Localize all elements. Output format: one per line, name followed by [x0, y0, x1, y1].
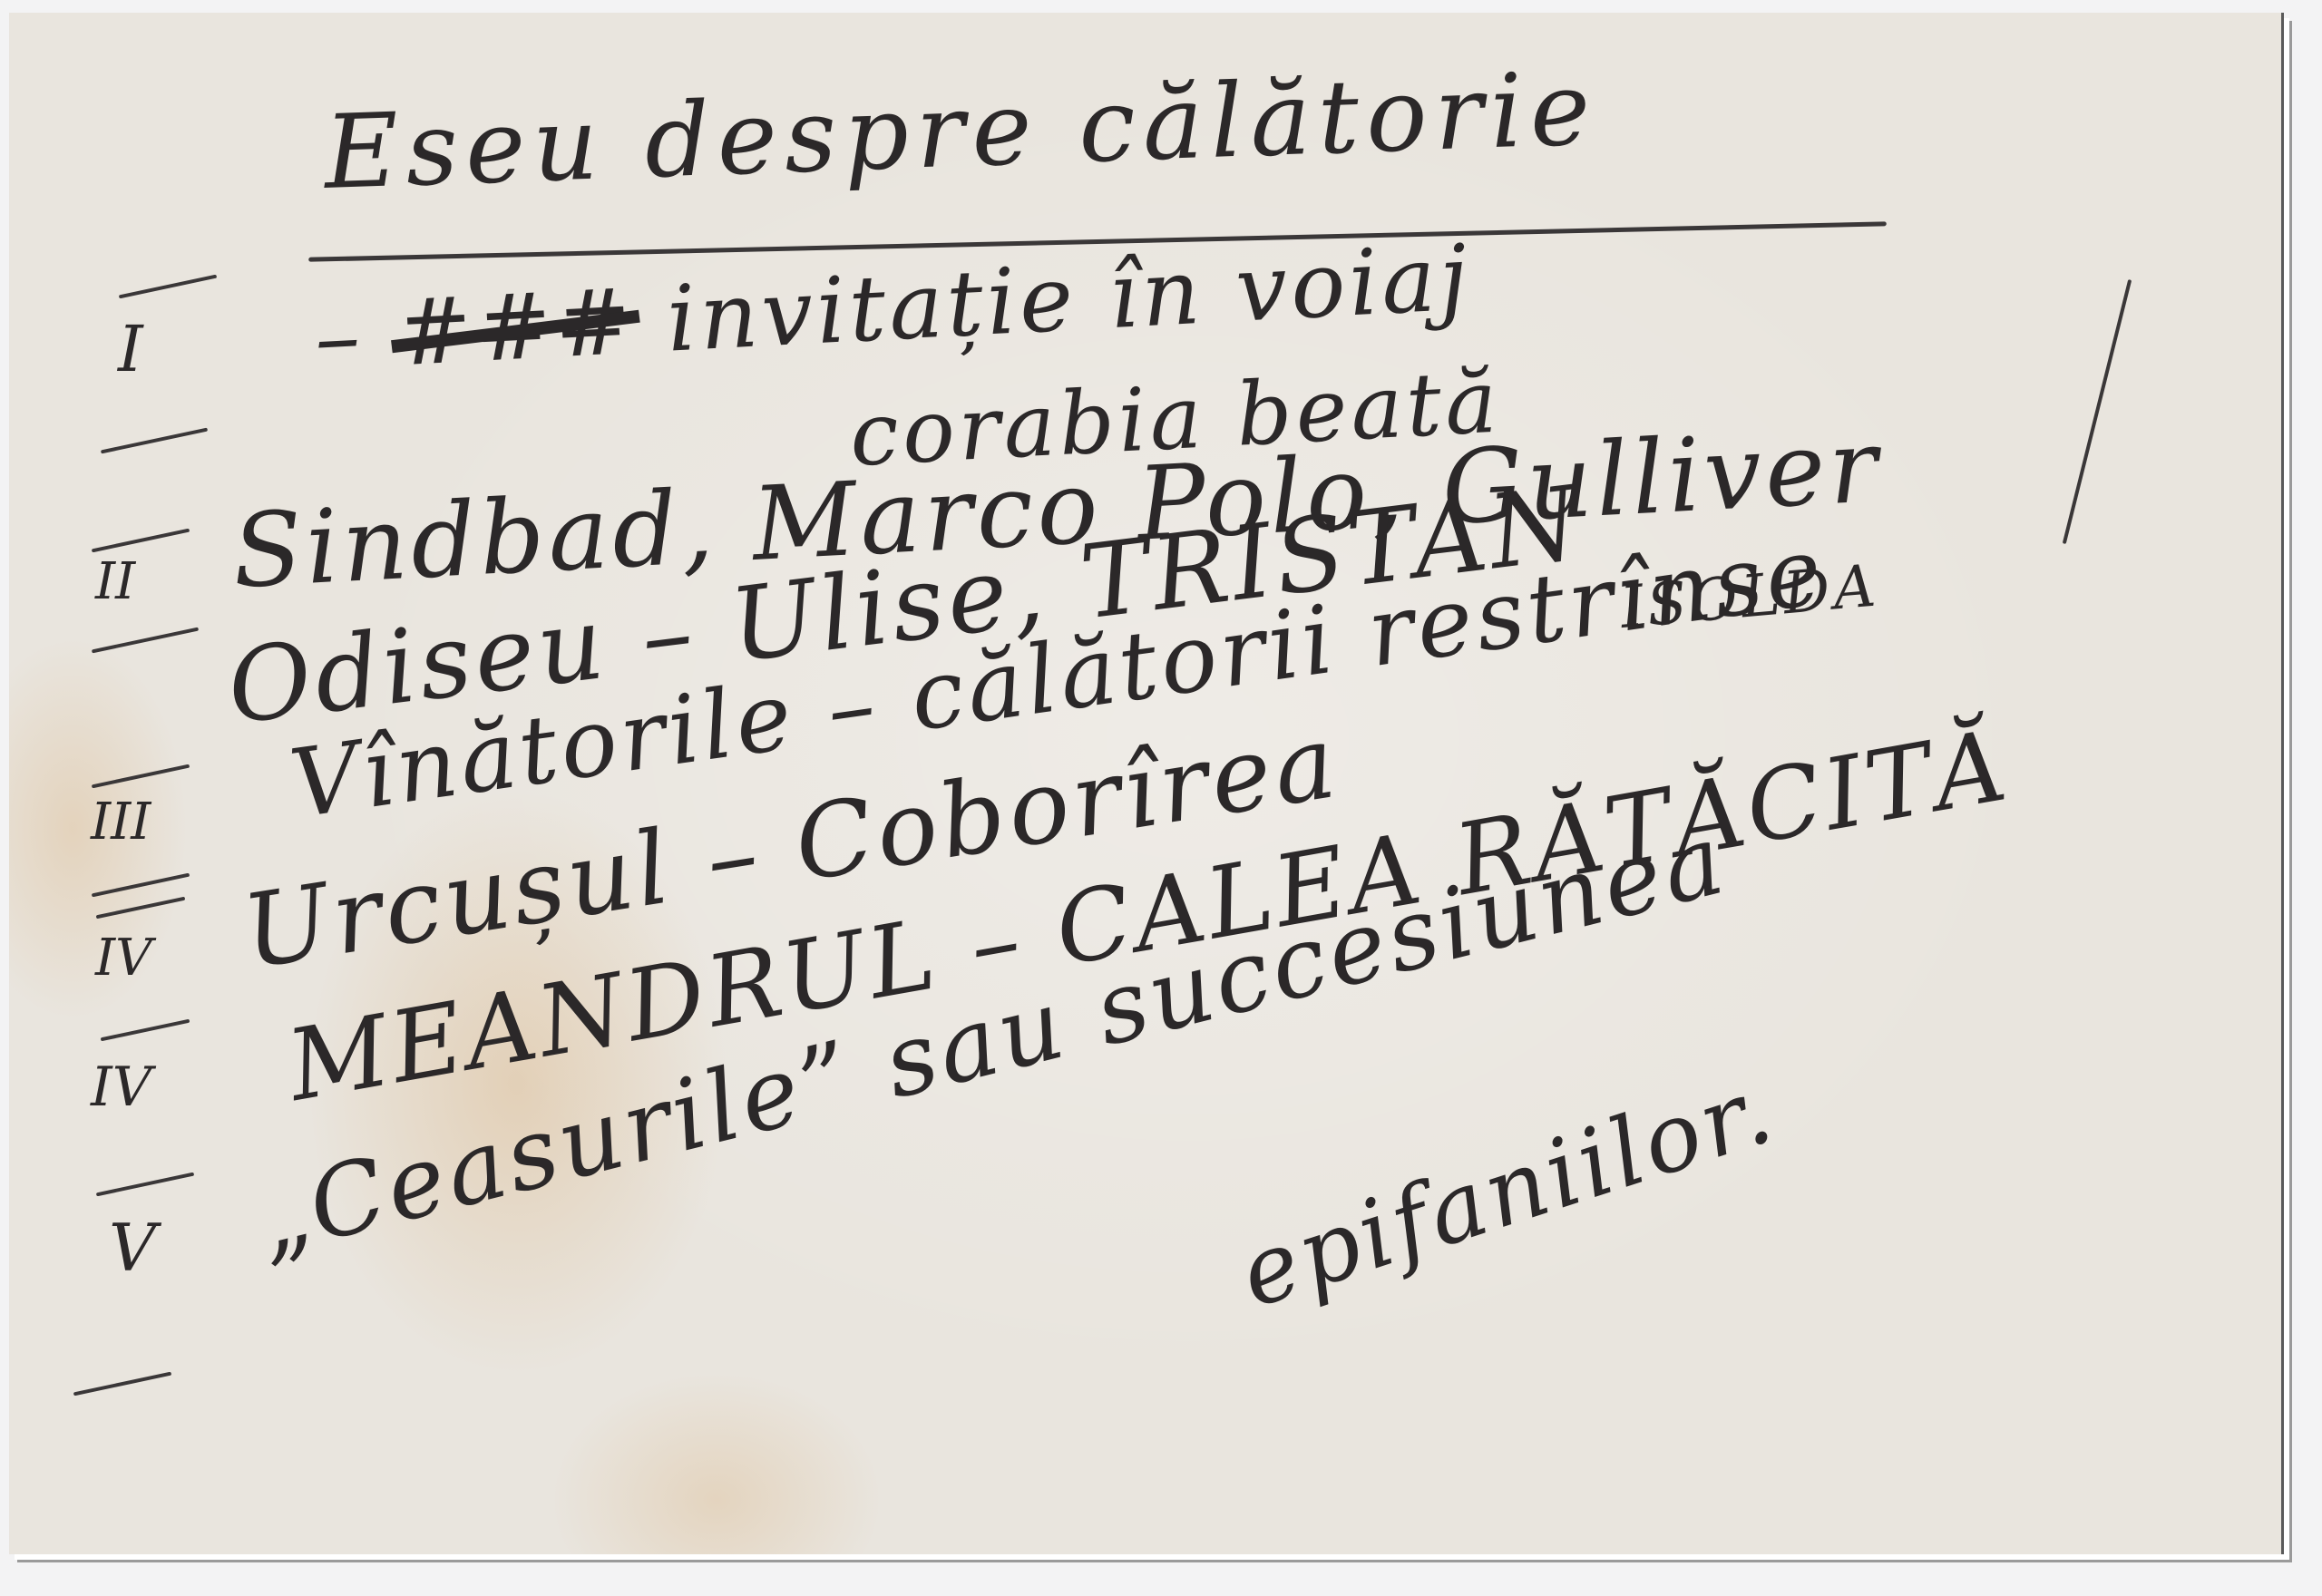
numeral-rule [73, 1372, 171, 1396]
numeral-rule [92, 529, 190, 553]
numeral-1: I [118, 312, 143, 386]
struck-word: ### [394, 268, 638, 387]
numeral-3: III [91, 793, 151, 852]
numeral-2: II [95, 552, 135, 611]
numeral-rule [92, 873, 190, 898]
note-card: Eseu despre călătorie I II III IV IV V –… [9, 13, 2284, 1554]
bracket-stroke [2063, 279, 2132, 544]
numeral-5: IV [91, 1056, 151, 1119]
numeral-rule [96, 897, 186, 920]
numeral-rule [92, 764, 190, 789]
numeral-rule [96, 1173, 194, 1197]
dash: – [312, 280, 399, 391]
numeral-rule [92, 628, 199, 654]
numeral-4: IV [95, 929, 152, 988]
numeral-rule [101, 1019, 190, 1042]
numeral-6: V [109, 1210, 156, 1286]
numeral-rule [119, 275, 217, 299]
note-title: Eseu despre călătorie [322, 50, 1599, 212]
line-7b: epifaniilor. [1226, 1053, 1787, 1329]
numeral-rule [101, 428, 208, 454]
